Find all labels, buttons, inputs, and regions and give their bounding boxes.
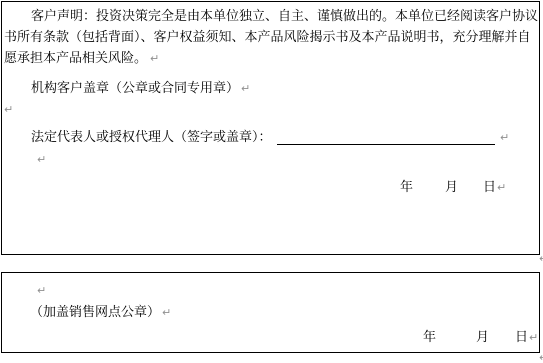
- legal-rep-label: 法定代表人或授权代理人（签字或盖章）：: [31, 130, 272, 144]
- year-label: 年: [423, 330, 436, 344]
- paragraph-mark-icon: ↵: [4, 104, 13, 115]
- month-label: 月: [445, 180, 458, 194]
- signature-line: [277, 131, 495, 145]
- org-seal-label: 机构客户盖章（公章或合同专用章）: [31, 81, 239, 95]
- branch-seal-label: （加盖销售网点公章）: [30, 305, 160, 319]
- client-declaration-box: 客户声明：投资决策完全是由本单位独立、自主、谨慎做出的。本单位已经阅读客户协议 …: [1, 1, 540, 255]
- paragraph-mark-icon: ↵: [497, 182, 506, 193]
- declaration-line-2: 书所有条款（包括背面）、客户权益须知、本产品风险揭示书及本产品说明书，充分理解并…: [4, 30, 531, 44]
- paragraph-mark-icon: ↵: [37, 285, 46, 296]
- clipped-paragraph-mark-icon: ↵: [539, 254, 543, 264]
- declaration-line-3: 愿承担本产品相关风险。: [4, 51, 147, 65]
- day-label: 日: [515, 330, 528, 344]
- paragraph-mark-icon: ↵: [162, 307, 171, 318]
- branch-seal-box: ↵ （加盖销售网点公章） ↵ 年 月 日 ↵: [1, 272, 540, 353]
- paragraph-mark-icon: ↵: [37, 154, 46, 165]
- paragraph-mark-icon: ↵: [150, 53, 159, 64]
- paragraph-mark-icon: ↵: [500, 132, 509, 143]
- document-page: 客户声明：投资决策完全是由本单位独立、自主、谨慎做出的。本单位已经阅读客户协议 …: [0, 0, 543, 363]
- paragraph-mark-icon: ↵: [241, 83, 250, 94]
- clipped-paragraph-mark-icon: ↵: [539, 353, 543, 363]
- declaration-line-1: 客户声明：投资决策完全是由本单位独立、自主、谨慎做出的。本单位已经阅读客户协议: [31, 9, 538, 23]
- month-label: 月: [476, 330, 489, 344]
- paragraph-mark-icon: ↵: [529, 332, 538, 343]
- year-label: 年: [400, 180, 413, 194]
- day-label: 日: [483, 180, 496, 194]
